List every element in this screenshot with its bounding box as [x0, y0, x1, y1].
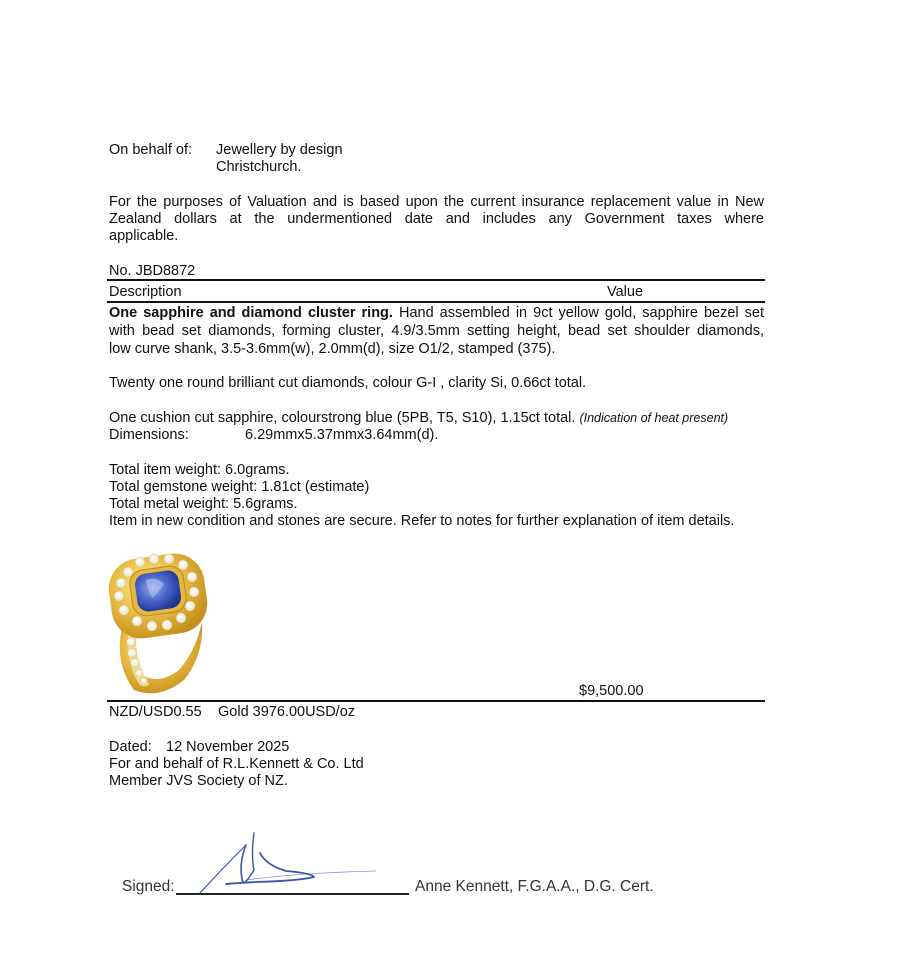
item-title: One sapphire and diamond cluster ring. [109, 305, 393, 321]
total-metal-weight: Total metal weight: 5.6grams. [109, 496, 298, 512]
intro-line-3: applicable. [109, 228, 178, 244]
table-header-rule [107, 301, 765, 303]
dated-label: Dated: [109, 739, 152, 755]
item-value: $9,500.00 [579, 683, 644, 699]
diamonds-detail: Twenty one round brilliant cut diamonds,… [109, 375, 586, 391]
behalf-company: For and behalf of R.L.Kennett & Co. Ltd [109, 756, 364, 772]
total-item-weight: Total item weight: 6.0grams. [109, 462, 290, 478]
signed-label: Signed: [122, 878, 175, 896]
item-desc-line-1: One sapphire and diamond cluster ring. H… [109, 305, 764, 322]
column-header-description: Description [109, 284, 182, 300]
on-behalf-label: On behalf of: [109, 142, 192, 158]
ring-photo [104, 550, 224, 696]
item-desc-line-2: with bead set diamonds, forming cluster,… [109, 323, 764, 340]
intro-line-2: Zealand dollars at the undermentioned da… [109, 211, 764, 228]
total-gemstone-weight: Total gemstone weight: 1.81ct (estimate) [109, 479, 369, 495]
gold-price: Gold 3976.00USD/oz [218, 704, 355, 720]
client-city: Christchurch. [216, 159, 301, 175]
sapphire-detail: One cushion cut sapphire, colourstrong b… [109, 410, 728, 426]
table-bottom-rule [107, 700, 765, 702]
ring-image [104, 550, 224, 696]
dated-value: 12 November 2025 [166, 739, 289, 755]
client-name: Jewellery by design [216, 142, 343, 158]
intro-line-1: For the purposes of Valuation and is bas… [109, 194, 764, 211]
signature-scribble [176, 825, 376, 897]
dimensions-label: Dimensions: [109, 427, 189, 443]
member-society: Member JVS Society of NZ. [109, 773, 288, 789]
item-desc-line-3: low curve shank, 3.5-3.6mm(w), 2.0mm(d),… [109, 341, 555, 357]
signatory-name: Anne Kennett, F.G.A.A., D.G. Cert. [415, 878, 654, 896]
dimensions-value: 6.29mmx5.37mmx3.64mm(d). [245, 427, 438, 443]
column-header-value: Value [607, 284, 643, 300]
valuation-number: No. JBD8872 [109, 263, 195, 279]
condition-note: Item in new condition and stones are sec… [109, 513, 734, 529]
exchange-rate: NZD/USD0.55 [109, 704, 202, 720]
heat-note: (Indication of heat present) [579, 411, 728, 425]
table-top-rule [107, 279, 765, 281]
